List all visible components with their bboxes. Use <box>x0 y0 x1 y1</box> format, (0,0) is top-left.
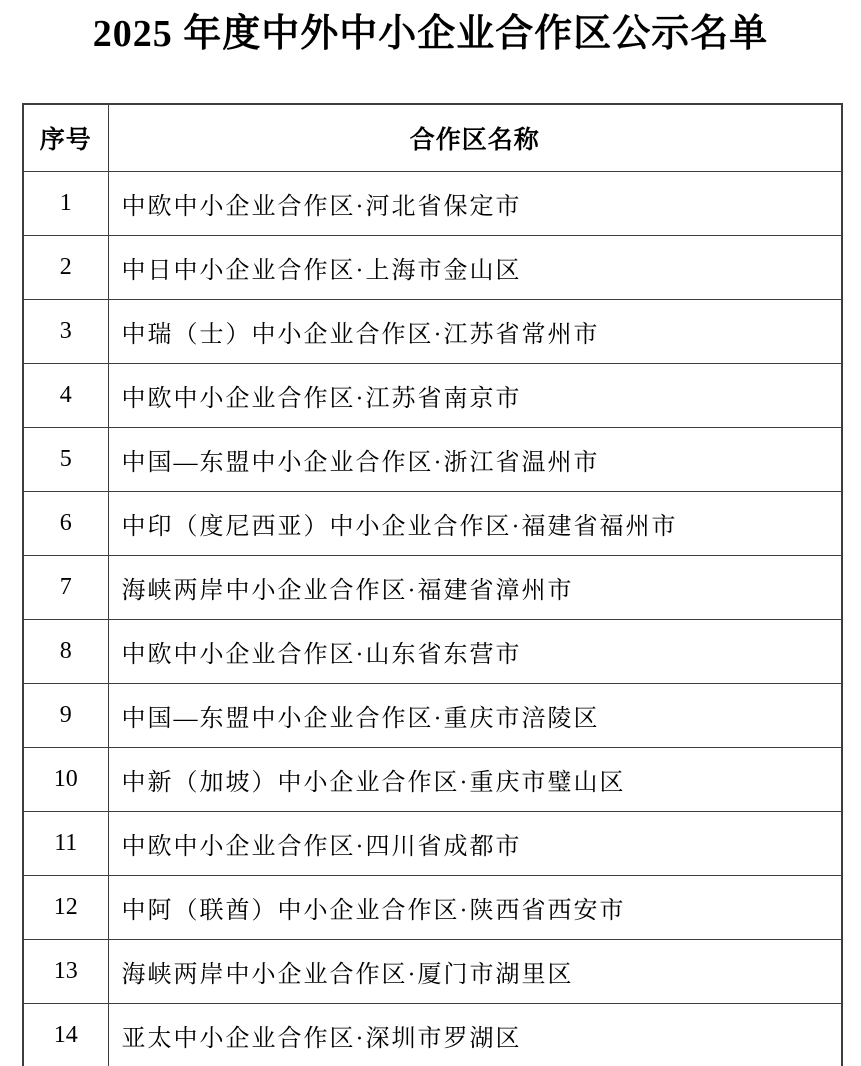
table-row: 6中印（度尼西亚）中小企业合作区·福建省福州市 <box>23 492 842 556</box>
row-serial-number-cell: 2 <box>23 236 108 300</box>
table-row: 8中欧中小企业合作区·山东省东营市 <box>23 620 842 684</box>
row-serial-number-cell: 12 <box>23 876 108 940</box>
table-row: 10中新（加坡）中小企业合作区·重庆市璧山区 <box>23 748 842 812</box>
table-row: 7海峡两岸中小企业合作区·福建省漳州市 <box>23 556 842 620</box>
row-zone-name-cell: 中日中小企业合作区·上海市金山区 <box>108 236 842 300</box>
table-row: 4中欧中小企业合作区·江苏省南京市 <box>23 364 842 428</box>
row-serial-number-cell: 1 <box>23 172 108 236</box>
row-zone-name-cell: 中瑞（士）中小企业合作区·江苏省常州市 <box>108 300 842 364</box>
row-zone-name-cell: 中新（加坡）中小企业合作区·重庆市璧山区 <box>108 748 842 812</box>
row-zone-name-cell: 中国—东盟中小企业合作区·浙江省温州市 <box>108 428 842 492</box>
row-serial-number-cell: 7 <box>23 556 108 620</box>
row-zone-name-cell: 中欧中小企业合作区·河北省保定市 <box>108 172 842 236</box>
table-row: 3中瑞（士）中小企业合作区·江苏省常州市 <box>23 300 842 364</box>
row-zone-name-cell: 亚太中小企业合作区·深圳市罗湖区 <box>108 1004 842 1066</box>
table-row: 1中欧中小企业合作区·河北省保定市 <box>23 172 842 236</box>
row-zone-name-cell: 海峡两岸中小企业合作区·厦门市湖里区 <box>108 940 842 1004</box>
row-zone-name-cell: 中国—东盟中小企业合作区·重庆市涪陵区 <box>108 684 842 748</box>
row-zone-name-cell: 中欧中小企业合作区·四川省成都市 <box>108 812 842 876</box>
row-serial-number-cell: 14 <box>23 1004 108 1066</box>
row-zone-name-cell: 中印（度尼西亚）中小企业合作区·福建省福州市 <box>108 492 842 556</box>
table-body: 1中欧中小企业合作区·河北省保定市2中日中小企业合作区·上海市金山区3中瑞（士）… <box>23 172 842 1066</box>
table-row: 2中日中小企业合作区·上海市金山区 <box>23 236 842 300</box>
table-row: 11中欧中小企业合作区·四川省成都市 <box>23 812 842 876</box>
row-zone-name-cell: 中欧中小企业合作区·江苏省南京市 <box>108 364 842 428</box>
row-serial-number-cell: 8 <box>23 620 108 684</box>
page-title: 2025 年度中外中小企业合作区公示名单 <box>0 2 861 57</box>
row-serial-number-cell: 5 <box>23 428 108 492</box>
table-row: 13海峡两岸中小企业合作区·厦门市湖里区 <box>23 940 842 1004</box>
column-header-zone-name: 合作区名称 <box>108 104 842 172</box>
table-row: 12中阿（联酋）中小企业合作区·陕西省西安市 <box>23 876 842 940</box>
table-row: 5中国—东盟中小企业合作区·浙江省温州市 <box>23 428 842 492</box>
table-row: 14亚太中小企业合作区·深圳市罗湖区 <box>23 1004 842 1066</box>
row-zone-name-cell: 海峡两岸中小企业合作区·福建省漳州市 <box>108 556 842 620</box>
row-zone-name-cell: 中阿（联酋）中小企业合作区·陕西省西安市 <box>108 876 842 940</box>
row-serial-number-cell: 9 <box>23 684 108 748</box>
row-serial-number-cell: 6 <box>23 492 108 556</box>
table-row: 9中国—东盟中小企业合作区·重庆市涪陵区 <box>23 684 842 748</box>
row-serial-number-cell: 3 <box>23 300 108 364</box>
row-serial-number-cell: 11 <box>23 812 108 876</box>
column-header-serial-number: 序号 <box>23 104 108 172</box>
row-serial-number-cell: 4 <box>23 364 108 428</box>
row-serial-number-cell: 10 <box>23 748 108 812</box>
cooperation-zone-table: 序号 合作区名称 1中欧中小企业合作区·河北省保定市2中日中小企业合作区·上海市… <box>22 103 843 1066</box>
row-serial-number-cell: 13 <box>23 940 108 1004</box>
row-zone-name-cell: 中欧中小企业合作区·山东省东营市 <box>108 620 842 684</box>
table-header-row: 序号 合作区名称 <box>23 104 842 172</box>
